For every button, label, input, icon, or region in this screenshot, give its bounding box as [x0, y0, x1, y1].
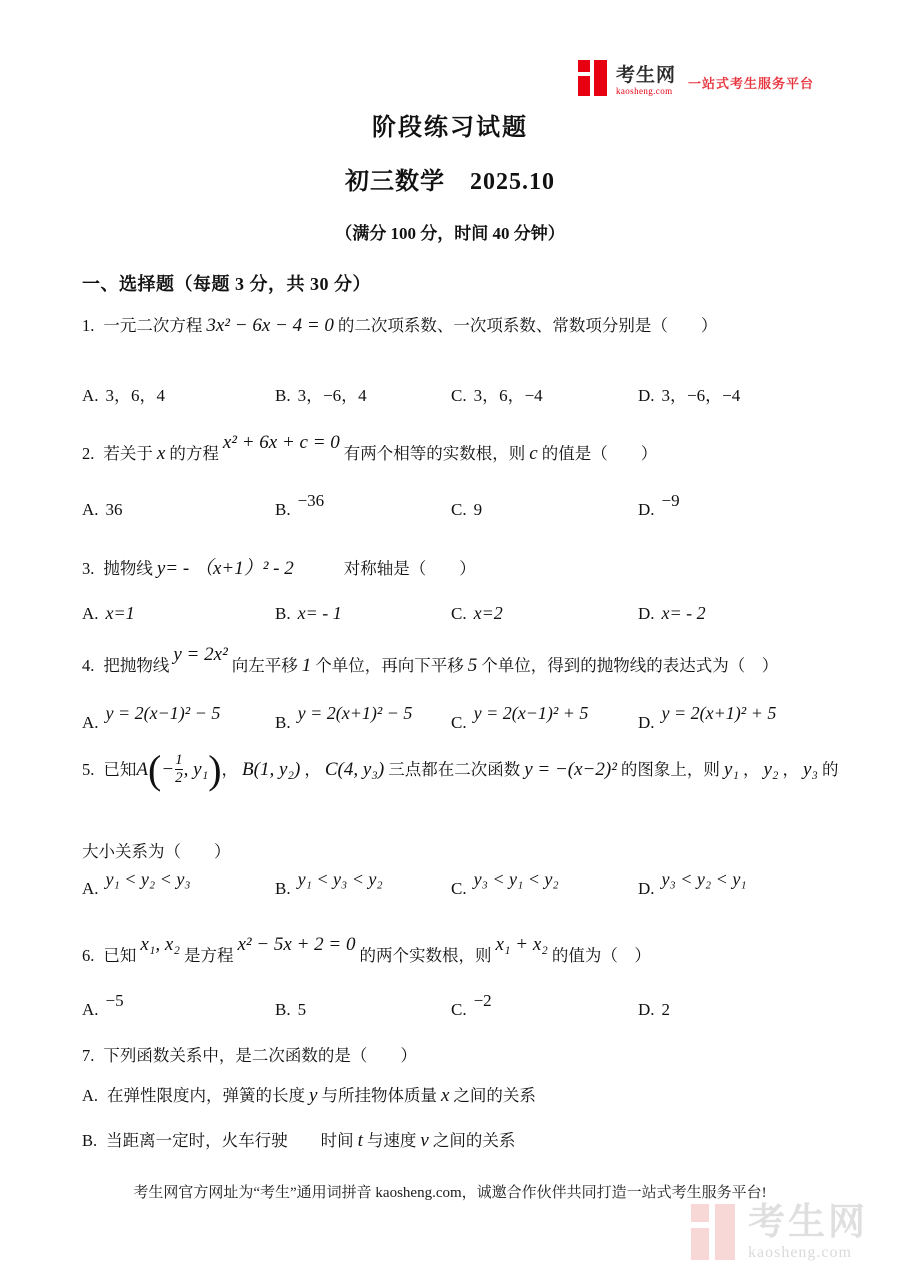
option-label: D.	[638, 1000, 655, 1019]
question-3-options: A.x=1 B.x= - 1 C.x=2 D.x= - 2	[82, 603, 870, 624]
option-label: A.	[82, 604, 99, 623]
option-value: y = 2(x+1)² + 5	[662, 703, 777, 724]
option-label: D.	[638, 500, 655, 519]
formula: x₁ + x₂	[491, 931, 551, 960]
logo-text: 考生网 kaosheng.com	[616, 66, 676, 96]
option-label: B.	[275, 879, 291, 898]
question-text: ，	[743, 758, 760, 783]
section-heading: 一、选择题（每题 3 分，共 30 分）	[82, 271, 840, 298]
math-var: c	[525, 443, 541, 464]
question-text: ，	[304, 758, 321, 783]
option-label: D.	[638, 713, 655, 732]
option-text: 之间的关系	[433, 1131, 516, 1150]
logo-block	[594, 60, 607, 96]
watermark-block	[691, 1228, 709, 1260]
option: D.y₃ < y₂ < y₁	[638, 878, 870, 899]
logo-block	[578, 60, 590, 72]
option-value: 36	[106, 500, 123, 519]
question-number: 1.	[82, 316, 94, 335]
math-var: y₁	[720, 756, 743, 785]
watermark-domain: kaosheng.com	[748, 1245, 868, 1261]
watermark-block	[715, 1204, 735, 1260]
option-value: y = 2(x+1)² − 5	[298, 703, 413, 724]
question-5-continued: 大小关系为（ ）	[82, 840, 840, 865]
watermark-text: 考生网 kaosheng.com	[748, 1204, 868, 1261]
option-value: y = 2(x−1)² − 5	[106, 703, 221, 724]
option-value: y = 2(x−1)² + 5	[474, 703, 589, 724]
option: D.x= - 2	[638, 603, 870, 624]
question-7-option-a: A.在弹性限度内，弹簧的长度y与所挂物体质量x之间的关系	[82, 1082, 840, 1111]
option-label: C.	[451, 1000, 467, 1019]
formula: y= - （x+1）² - 2	[153, 558, 298, 579]
question-3: 3.抛物线y= - （x+1）² - 2对称轴是（ ）	[82, 555, 840, 584]
logo-block	[578, 76, 590, 96]
option: B.x= - 1	[275, 603, 451, 624]
kaosheng-logo-icon	[578, 60, 610, 96]
fraction: 12	[175, 753, 183, 787]
option: A.−5	[82, 1000, 275, 1020]
option-label: B.	[275, 713, 291, 732]
question-text: 若关于	[103, 444, 153, 463]
math-var: , y₁	[184, 756, 209, 785]
option: B.5	[275, 1000, 451, 1020]
question-text: ，	[782, 758, 799, 783]
formula: y = −(x−2)²	[520, 756, 621, 785]
option-label: B.	[275, 500, 291, 519]
option: A.3，6，4	[82, 381, 275, 406]
question-text: 向左平移	[232, 656, 298, 675]
logo-domain: kaosheng.com	[616, 87, 676, 96]
option-label: C.	[451, 500, 467, 519]
watermark-brand: 考生网	[748, 1204, 868, 1241]
option-text: 当距离一定时，火车行驶	[106, 1131, 288, 1150]
option-value: 5	[298, 1000, 307, 1019]
logo-tagline: 一站式考生服务平台	[688, 73, 814, 92]
question-5: 5.已知 A(−12, y₁) ，B(1, y₂)，C(4, y₃)三点都在二次…	[82, 752, 840, 788]
option: C.y₃ < y₁ < y₂	[451, 878, 638, 899]
math-number: 5	[464, 655, 482, 676]
option: A.y = 2(x−1)² − 5	[82, 712, 275, 733]
option: C.−2	[451, 1000, 638, 1020]
question-text: 三点都在二次函数	[388, 758, 520, 783]
option-label: A.	[82, 500, 99, 519]
math-var: y₃	[799, 756, 822, 785]
close-paren: )	[208, 752, 221, 788]
page-subtitle: 初三数学 2025.10	[0, 164, 900, 200]
formula: x² − 5x + 2 = 0	[233, 931, 359, 960]
question-1: 1.一元二次方程3x² − 6x − 4 = 0的二次项系数、一次项系数、常数项…	[82, 312, 840, 341]
question-2: 2.若关于x的方程x² + 6x + c = 0有两个相等的实数根，则c的值是（…	[82, 440, 840, 469]
question-number: 2.	[82, 444, 94, 463]
option-label: C.	[451, 604, 467, 623]
option-value: −5	[106, 991, 124, 1011]
option-value: 3，−6，4	[298, 386, 367, 405]
option: D.−9	[638, 500, 870, 520]
option-text: 时间	[288, 1131, 354, 1150]
question-6: 6.已知x₁, x₂是方程x² − 5x + 2 = 0的两个实数根，则x₁ +…	[82, 942, 840, 971]
question-number: 5.	[82, 758, 94, 783]
option-value: 3，6，−4	[474, 386, 543, 405]
question-5-options: A.y₁ < y₂ < y₃ B.y₁ < y₃ < y₂ C.y₃ < y₁ …	[82, 878, 870, 899]
question-text: 的两个实数根，则	[359, 946, 491, 965]
point-a-formula: A(−12, y₁)	[136, 752, 221, 788]
option: B.3，−6，4	[275, 381, 451, 406]
question-text: 的图象上，则	[621, 758, 720, 783]
math-var: y₂	[759, 756, 782, 785]
math-var: y	[305, 1085, 321, 1106]
option: C.x=2	[451, 603, 638, 624]
option-value: y₁ < y₃ < y₂	[298, 869, 383, 890]
option-value: x=1	[106, 603, 135, 623]
option: B.y = 2(x+1)² − 5	[275, 712, 451, 733]
option-label: B.	[275, 604, 291, 623]
kaosheng-watermark-icon	[691, 1204, 739, 1260]
option-label: D.	[638, 604, 655, 623]
question-text: 一元二次方程	[103, 316, 202, 335]
option: C.y = 2(x−1)² + 5	[451, 712, 638, 733]
question-text: 下列函数关系中，是二次函数的是（ ）	[103, 1046, 417, 1065]
question-text: 个单位，得到的抛物线的表达式为（ ）	[481, 656, 778, 675]
option-label: C.	[451, 879, 467, 898]
question-text: ，	[222, 758, 239, 783]
question-text: 已知	[103, 946, 136, 965]
math-var: v	[416, 1130, 432, 1151]
question-text: 的方程	[169, 444, 219, 463]
question-1-options: A.3，6，4 B.3，−6，4 C.3，6，−4 D.3，−6，−4	[82, 381, 870, 406]
open-paren: (	[148, 752, 161, 788]
minus-sign: −	[161, 756, 174, 785]
question-text: 的	[822, 758, 839, 783]
option-value: 3，6，4	[106, 386, 166, 405]
question-text: 已知	[103, 758, 136, 783]
question-7-option-b: B.当距离一定时，火车行驶 时间t与速度v之间的关系	[82, 1127, 840, 1156]
formula: y = 2x²	[169, 641, 231, 670]
question-text: 把抛物线	[103, 656, 169, 675]
option-value: y₃ < y₁ < y₂	[474, 869, 559, 890]
watermark-block	[691, 1204, 709, 1222]
option-label: B.	[275, 386, 291, 405]
question-text: 是方程	[184, 946, 234, 965]
option-value: 9	[474, 500, 483, 519]
option: B.y₁ < y₃ < y₂	[275, 878, 451, 899]
math-var: x	[153, 443, 169, 464]
option-value: y₃ < y₂ < y₁	[662, 869, 747, 890]
option-value: −2	[474, 991, 492, 1011]
option-value: −36	[298, 491, 325, 511]
option-label: A.	[82, 1000, 99, 1019]
math-number: 1	[298, 655, 316, 676]
math-var: A	[136, 756, 148, 785]
option-text: 与所挂物体质量	[321, 1086, 437, 1105]
exam-document-page: 考生网 kaosheng.com 一站式考生服务平台 阶段练习试题 初三数学 2…	[0, 0, 900, 1273]
option-label: B.	[275, 1000, 291, 1019]
option-value: −9	[662, 491, 680, 511]
option-label: A.	[82, 879, 99, 898]
option-label: D.	[638, 386, 655, 405]
option: A.36	[82, 500, 275, 520]
option: A.y₁ < y₂ < y₃	[82, 878, 275, 899]
question-number: 4.	[82, 656, 94, 675]
point-b-formula: B(1, y₂)	[238, 756, 304, 785]
question-number: 3.	[82, 559, 94, 578]
option: D.2	[638, 1000, 870, 1020]
question-text: 个单位，再向下平移	[315, 656, 464, 675]
question-7: 7.下列函数关系中，是二次函数的是（ ）	[82, 1044, 840, 1069]
option-value: y₁ < y₂ < y₃	[106, 869, 191, 890]
option-value: x=2	[474, 603, 503, 623]
kaosheng-logo: 考生网 kaosheng.com 一站式考生服务平台	[578, 60, 814, 96]
point-c-formula: C(4, y₃)	[321, 756, 388, 785]
formula: x₁, x₂	[136, 931, 184, 960]
formula: x² + 6x + c = 0	[219, 429, 344, 458]
question-text: 的二次项系数、一次项系数、常数项分别是（ ）	[338, 316, 718, 335]
question-number: 7.	[82, 1046, 94, 1065]
question-text: 的值是（ ）	[542, 444, 658, 463]
logo-brand-name: 考生网	[616, 66, 676, 85]
option-label: C.	[451, 386, 467, 405]
question-4-options: A.y = 2(x−1)² − 5 B.y = 2(x+1)² − 5 C.y …	[82, 712, 870, 733]
page-title: 阶段练习试题	[0, 110, 900, 146]
option: D.y = 2(x+1)² + 5	[638, 712, 870, 733]
option-value: 3，−6，−4	[662, 386, 741, 405]
question-text: 抛物线	[103, 559, 153, 578]
option-value: 2	[662, 1000, 671, 1019]
question-text: 有两个相等的实数根，则	[344, 444, 526, 463]
option-text: 之间的关系	[453, 1086, 536, 1105]
exam-meta: （满分 100 分，时间 40 分钟）	[0, 221, 900, 247]
option: C.3，6，−4	[451, 381, 638, 406]
question-4: 4.把抛物线y = 2x²向左平移1个单位，再向下平移5个单位，得到的抛物线的表…	[82, 652, 840, 681]
question-number: 6.	[82, 946, 94, 965]
option: B.−36	[275, 500, 451, 520]
option: C.9	[451, 500, 638, 520]
option: D.3，−6，−4	[638, 381, 870, 406]
question-6-options: A.−5 B.5 C.−2 D.2	[82, 1000, 870, 1020]
option-value: x= - 2	[662, 603, 706, 623]
formula: 3x² − 6x − 4 = 0	[202, 315, 338, 336]
option-value: x= - 1	[298, 603, 342, 623]
option-text: 在弹性限度内，弹簧的长度	[107, 1086, 305, 1105]
kaosheng-watermark: 考生网 kaosheng.com	[691, 1204, 868, 1261]
option-label: D.	[638, 879, 655, 898]
option-label: C.	[451, 713, 467, 732]
math-var: t	[354, 1130, 367, 1151]
option-text: 与速度	[367, 1131, 417, 1150]
question-2-options: A.36 B.−36 C.9 D.−9	[82, 500, 870, 520]
math-var: x	[437, 1085, 453, 1106]
option-label: A.	[82, 1086, 98, 1105]
question-text: 的值为（ ）	[552, 946, 651, 965]
question-text: 对称轴是（ ）	[344, 559, 476, 578]
option-label: A.	[82, 386, 99, 405]
option: A.x=1	[82, 603, 275, 624]
option-label: B.	[82, 1131, 97, 1150]
option-label: A.	[82, 713, 99, 732]
fraction-denominator: 2	[175, 769, 183, 787]
fraction-numerator: 1	[175, 753, 183, 769]
